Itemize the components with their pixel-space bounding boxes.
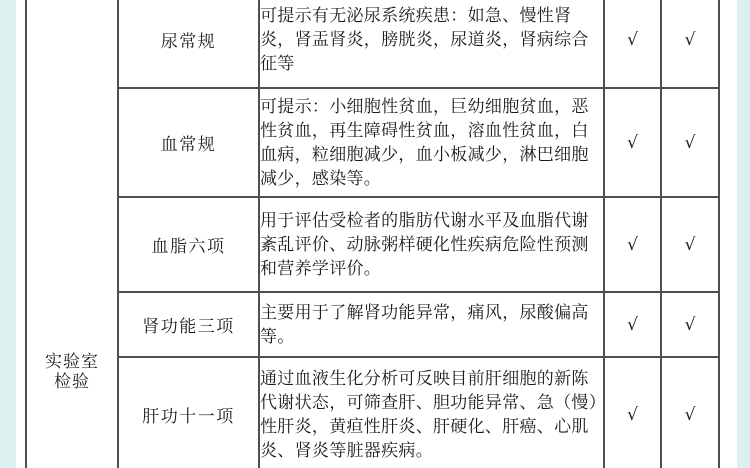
test-name-cell: 尿常规 (118, 0, 259, 88)
checkmark-icon: √ (604, 88, 661, 197)
checkmark-icon: √ (604, 197, 661, 292)
table-row: 血脂六项 用于评估受检者的脂肪代谢水平及血脂代谢紊乱评价、动脉粥样硬化性疾病危险… (26, 197, 719, 292)
checkmark-icon: √ (661, 292, 719, 357)
checkmark-icon: √ (661, 357, 719, 468)
test-description-cell: 用于评估受检者的脂肪代谢水平及血脂代谢紊乱评价、动脉粥样硬化性疾病危险性预测和营… (259, 197, 604, 292)
test-name-cell: 血常规 (118, 88, 259, 197)
page-background: 实验室检验 尿常规 可提示有无泌尿系统疾患：如急、慢性肾炎，肾盂肾炎，膀胱炎，尿… (0, 0, 750, 468)
table-row: 肝功十一项 通过血液生化分析可反映目前肝细胞的新陈代谢状态，可筛查肝、胆功能异常… (26, 357, 719, 468)
table-row: 实验室检验 尿常规 可提示有无泌尿系统疾患：如急、慢性肾炎，肾盂肾炎，膀胱炎，尿… (26, 0, 719, 88)
test-name-cell: 肾功能三项 (118, 292, 259, 357)
checkmark-icon: √ (661, 0, 719, 88)
checkmark-icon: √ (604, 0, 661, 88)
test-description-cell: 可提示：小细胞性贫血，巨幼细胞贫血，恶性贫血，再生障碍性贫血，溶血性贫血，白血病… (259, 88, 604, 197)
checkmark-icon: √ (661, 88, 719, 197)
table-row: 血常规 可提示：小细胞性贫血，巨幼细胞贫血，恶性贫血，再生障碍性贫血，溶血性贫血… (26, 88, 719, 197)
test-name-cell: 肝功十一项 (118, 357, 259, 468)
category-label: 实验室检验 (27, 352, 117, 392)
test-description-cell: 可提示有无泌尿系统疾患：如急、慢性肾炎，肾盂肾炎，膀胱炎，尿道炎，肾病综合征等 (259, 0, 604, 88)
checkmark-icon: √ (604, 357, 661, 468)
checkmark-icon: √ (604, 292, 661, 357)
test-description-cell: 通过血液生化分析可反映目前肝细胞的新陈代谢状态，可筛查肝、胆功能异常、急（慢）性… (259, 357, 604, 468)
test-name-cell: 血脂六项 (118, 197, 259, 292)
table-row: 肾功能三项 主要用于了解肾功能异常，痛风，尿酸偏高等。 √ √ (26, 292, 719, 357)
checkmark-icon: √ (661, 197, 719, 292)
exam-items-table: 实验室检验 尿常规 可提示有无泌尿系统疾患：如急、慢性肾炎，肾盂肾炎，膀胱炎，尿… (25, 0, 720, 468)
category-cell: 实验室检验 (26, 0, 118, 468)
test-description-cell: 主要用于了解肾功能异常，痛风，尿酸偏高等。 (259, 292, 604, 357)
